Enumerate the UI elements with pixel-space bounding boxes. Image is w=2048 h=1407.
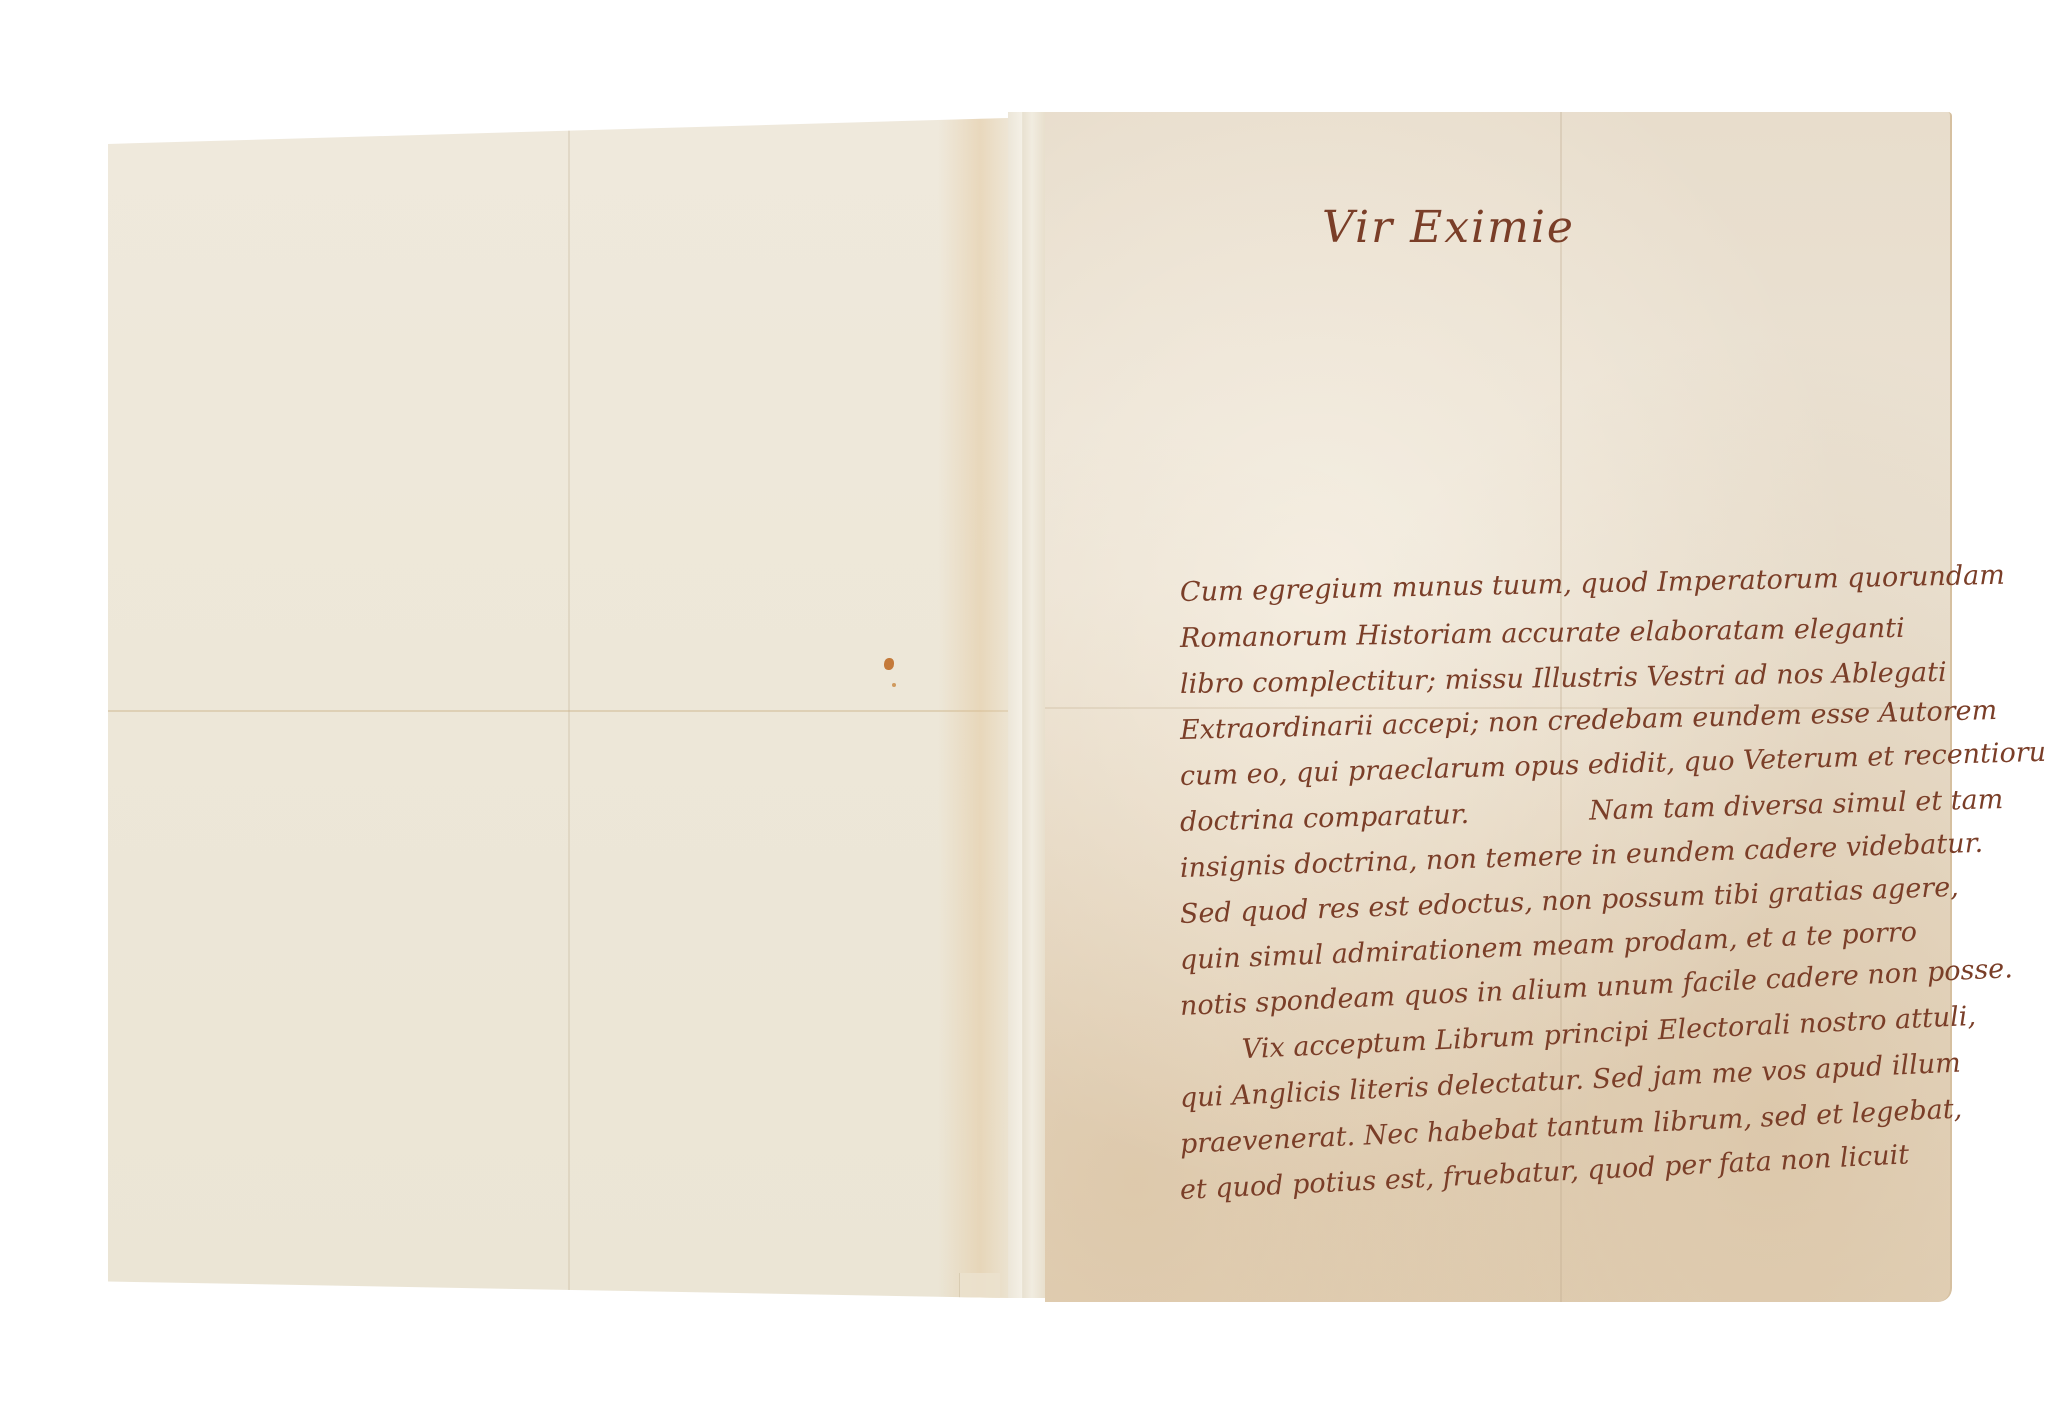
horizontal-fold-line — [108, 710, 1008, 712]
photo-stage: Vir Eximie Cum egregium munus tuum, quod… — [0, 0, 2048, 1407]
blank-left-leaf — [108, 118, 1008, 1298]
foxing-spot — [884, 658, 894, 670]
written-right-leaf: Vir Eximie Cum egregium munus tuum, quod… — [1045, 112, 1952, 1302]
letter-line-part: Nam tam diversa simul et tam — [1589, 784, 2004, 827]
spine-tape-repair — [959, 1273, 1000, 1407]
letter-salutation: Vir Eximie — [1322, 202, 1575, 253]
spine-edge-stain — [938, 118, 1008, 1298]
letter-line-part: doctrina comparatur. — [1180, 799, 1470, 838]
letter-body: Cum egregium munus tuum, quod Imperatoru… — [1180, 570, 1920, 1214]
line-gap — [1469, 820, 1589, 823]
foxing-speck — [892, 683, 896, 687]
binding-guard-strip — [1008, 112, 1048, 1298]
vertical-fold-line — [568, 118, 570, 1298]
